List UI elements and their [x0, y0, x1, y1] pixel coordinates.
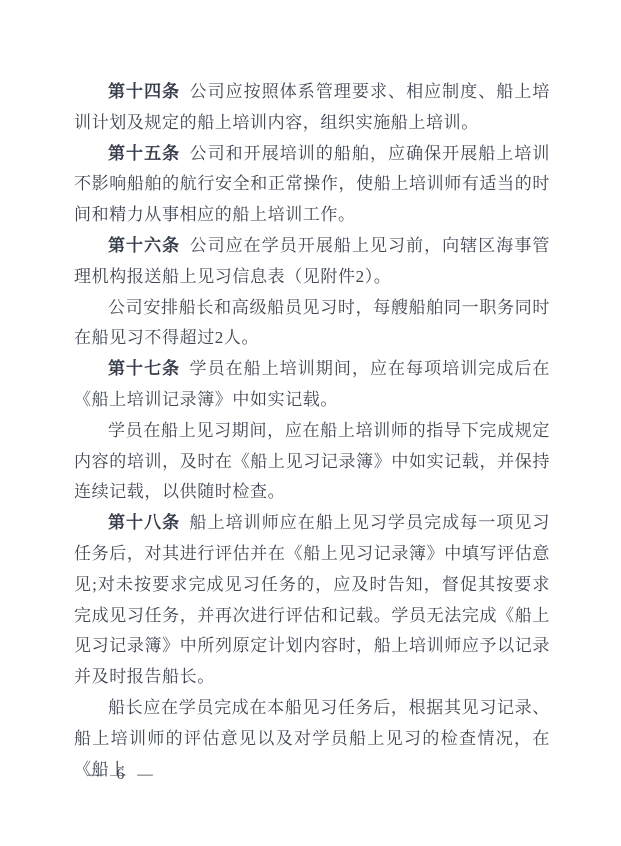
article-18-text: 船上培训师应在船上见习学员完成每一项见习任务后，对其进行评估并在《船上见习记录簿… — [74, 513, 550, 686]
paragraph-article-15: 第十五条公司和开展培训的船舶，应确保开展船上培训不影响船舶的航行安全和正常操作，… — [74, 139, 550, 231]
document-page: 第十四条公司应按照体系管理要求、相应制度、船上培训计划及规定的船上培训内容，组织… — [0, 0, 621, 846]
text-block: 第十四条公司应按照体系管理要求、相应制度、船上培训计划及规定的船上培训内容，组织… — [74, 77, 550, 785]
article-17-number: 第十七条 — [108, 359, 180, 378]
paragraph-article-17: 第十七条学员在船上培训期间，应在每项培训完成后在《船上培训记录簿》中如实记载。 — [74, 354, 550, 416]
article-14-number: 第十四条 — [108, 82, 180, 101]
article-16-continuation-text: 公司安排船长和高级船员见习时，每艘船舶同一职务同时在船见习不得超过2人。 — [74, 298, 550, 348]
page-number: 6 — [117, 766, 125, 784]
page-footer: — 6 — — [88, 766, 153, 784]
footer-right-dash: — — [137, 766, 153, 784]
article-15-number: 第十五条 — [108, 144, 180, 163]
footer-left-dash: — — [88, 766, 104, 784]
article-16-number: 第十六条 — [108, 236, 180, 255]
article-17-continuation-text: 学员在船上见习期间，应在船上培训师的指导下完成规定内容的培训，及时在《船上见习记… — [74, 421, 550, 502]
paragraph-article-17-continuation: 学员在船上见习期间，应在船上培训师的指导下完成规定内容的培训，及时在《船上见习记… — [74, 416, 550, 508]
article-18-number: 第十八条 — [108, 513, 180, 532]
paragraph-article-14: 第十四条公司应按照体系管理要求、相应制度、船上培训计划及规定的船上培训内容，组织… — [74, 77, 550, 139]
paragraph-article-16-continuation: 公司安排船长和高级船员见习时，每艘船舶同一职务同时在船见习不得超过2人。 — [74, 293, 550, 355]
paragraph-article-18: 第十八条船上培训师应在船上见习学员完成每一项见习任务后，对其进行评估并在《船上见… — [74, 508, 550, 693]
paragraph-article-16: 第十六条公司应在学员开展船上见习前，向辖区海事管理机构报送船上见习信息表（见附件… — [74, 231, 550, 293]
